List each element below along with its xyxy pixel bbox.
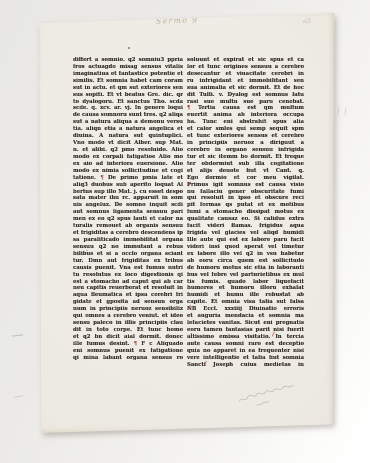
- text-line: est a stomacho ad caput qui ab car: [73, 279, 183, 286]
- text-line: altissimo emissa visitatio. In tercia: [187, 334, 304, 341]
- text-line: fros actuagdo misag sensus vitalis: [73, 64, 183, 71]
- text-line: humores et humoru illoru exhalat: [187, 285, 304, 292]
- text-line: imaginatiua et fantastice potentie et: [73, 71, 183, 78]
- text-line: ex aio ad interiora euersione. Alio: [73, 161, 183, 168]
- book-page: Sermo 9 a5 differt a somnio. q2 somniu3 …: [36, 11, 336, 435]
- text-line: sua animalia et sic dormit. Et de hoc: [187, 85, 304, 92]
- text-line: num in principiis neruoz sensibiliz: [73, 306, 183, 313]
- text-line: sata mater ihu rc. apparuit in som: [73, 195, 183, 202]
- text-line: Ego dormio et cor meu vigilat.: [187, 175, 304, 182]
- text-line: tatione. ¶ De primo pmia late et: [73, 175, 183, 182]
- text-line: sa paraliticado immobilitat organa: [73, 237, 183, 244]
- handwritten-title: Sermo 9: [156, 15, 199, 25]
- text-line: ru infrigidant et immobilitant sen: [187, 78, 304, 85]
- text-line: sus sopiti. Et vt beatus Gre. dic. qr: [73, 92, 183, 99]
- text-line: ab eoru circa quem est sollicitudo: [187, 258, 304, 265]
- text-line: tur et sic itemm bo dormit. Et freque: [187, 154, 304, 161]
- text-line: euertit anima ab interiora occupa: [187, 112, 304, 119]
- text-line: bilibus et si a occlo organa sciant: [73, 251, 183, 258]
- text-line: ba. Tunc eni abstrahit spus alia: [187, 119, 304, 126]
- text-line: dit in toto corpe. Et tunc homo: [73, 327, 183, 334]
- text-column-right: soluunt et expirat et sic spus et calor …: [187, 57, 304, 368]
- text-line: et tunc exteriores sensus et cerebro: [187, 133, 304, 140]
- text-line: modo ex corpali fatigatioe Alio mo: [73, 154, 183, 161]
- text-line: qui resoluit in ipso et obscure reci: [187, 195, 304, 202]
- text-line: sensu paleco in illis principiis clau: [73, 320, 183, 327]
- signature-mark: a5: [303, 17, 311, 25]
- text-line: videri insi quod sperat vel timetur: [187, 244, 304, 251]
- text-line: sut in actu. et qm sut exteriores sen: [73, 85, 183, 92]
- text-line: aqua fleumatica et ipsa cerebri fri: [73, 292, 183, 299]
- text-line: ex labore illo vel q2 in vsu habetur: [187, 251, 304, 258]
- text-line: aut somnus ligamenta sensuu pari: [73, 209, 183, 216]
- text-line: causis puenit. Vna est fumus nutri: [73, 265, 183, 272]
- text-line: de humoru motus sic etia in laboranti: [187, 265, 304, 272]
- text-line: turalis remouet ab organis sensuu: [73, 223, 183, 230]
- rubric-pilcrow-icon: ¶: [134, 341, 137, 347]
- text-line: desecantur et viuacitate cerebri in: [187, 71, 304, 78]
- text-line: NB Eccl. xxxiiij Diuinatio erroris: [187, 306, 304, 313]
- text-line: lor et tunc origines sensuu a cerebro: [187, 64, 304, 71]
- text-line: gidate et gposita ad sensuu orga: [73, 299, 183, 306]
- pencil-tick-marks-icon: [14, 390, 24, 397]
- text-line: differt a somnio. q2 somniu3 ppria est: [73, 57, 183, 64]
- text-line: similis. Et somnia habet cam coram: [73, 78, 183, 85]
- text-line: tis fumis. quado labor liquefacit: [187, 279, 304, 286]
- text-line: et auguria mendacia et somnia ma: [187, 313, 304, 320]
- text-line: aliq3 duobus sub aperito loquat Al: [73, 182, 183, 189]
- text-line: modo ex nimia sollicitudine et cogi: [73, 168, 183, 175]
- text-line: diuina. A natura sut quintuplici.: [73, 133, 183, 140]
- text-line: men ex eo q2 spus lauti et calor na: [73, 216, 183, 223]
- text-line: qui omnes a cerebro veniut. et ideo: [73, 313, 183, 320]
- text-line: capite. Et omnia visa talia sut falsa: [187, 299, 304, 306]
- text-line: neu capitis reuerberat et resoluit in: [73, 285, 183, 292]
- page-paper: Sermo 9 a5 differt a somnio. q2 somniu3 …: [36, 11, 336, 435]
- text-line: bus vel febre vel parturietibus ex mul: [187, 272, 304, 279]
- text-line: ille fumus desint. ¶ F c Aliquado: [73, 341, 183, 348]
- text-line: sut a natura aliqua a demonu versu: [73, 119, 183, 126]
- text-line: eni somnus puenit ex fatigatione: [73, 348, 183, 355]
- text-line: pit formas qs putat et ex motibus: [187, 202, 304, 209]
- text-line: quia no apparet in ea frequenter nisi: [187, 348, 304, 355]
- text-line: ¶ Tertia causa est qm multum: [187, 105, 304, 112]
- rubric-pilcrow-icon: ¶: [100, 175, 103, 181]
- text-line: sensuu q2 no immutant a rebus sensi: [73, 244, 183, 251]
- text-line: tur. Dmn aut frigiditas ex tribus: [73, 258, 183, 265]
- text-line: qualitate causaz eo. Si calidus extra: [187, 216, 304, 223]
- text-line: nu fallaciu gener obscuritate fumi: [187, 189, 304, 196]
- text-line: facit videri flamas. frigidus aqua: [187, 223, 304, 230]
- pencil-inscription-icon: [234, 378, 302, 416]
- text-line: aute causa somni raro est deceptio: [187, 341, 304, 348]
- ink-speck: [128, 47, 130, 49]
- brown-smudge-icon: [308, 426, 313, 429]
- text-line: rasi sue multu sue paru cenebat.: [187, 99, 304, 106]
- text-line: frigida vel glacies vel aliqd humidi: [187, 230, 304, 237]
- text-line: Vno modo vt dicit Alber. sup Mat.: [73, 140, 183, 147]
- text-line: Primus igit somnus est causa visio: [187, 182, 304, 189]
- text-line: tu resolutus ex loco digestionis qi: [73, 272, 183, 279]
- text-line: et q2 bn dicit aial dormit. donec: [73, 334, 183, 341]
- text-line: nis angeluz. De somno inquit scdi: [73, 202, 183, 209]
- text-line: tia. aliqn etia a natura angelica et: [73, 126, 183, 133]
- pencil-dash-icon: [12, 334, 23, 336]
- text-column-left: differt a somnio. q2 somniu3 ppria estfr…: [73, 57, 183, 362]
- text-line: cerebro in organo sensuu infrigida: [187, 147, 304, 154]
- text-line: eoru tamen fantasias parit nisi fuerit a…: [187, 327, 304, 334]
- text-line: ter obdormiut sub illa cogitatione: [187, 161, 304, 168]
- text-line: humidi et humu ille robustat ab: [187, 292, 304, 299]
- text-line: dit Tulli. v. Dyalog est somnus latu: [187, 92, 304, 99]
- pencil-mark-icon: [338, 107, 347, 116]
- text-line: de causa somnoru sunt tres. q2 aliqa: [73, 112, 183, 119]
- text-line: to dyalogoru. Et sanctus Tho. scda: [73, 99, 183, 106]
- text-line: lefacietes vanitas. Sicut eni pregnatis: [187, 320, 304, 327]
- rubric-pilcrow-icon: ¶: [187, 105, 190, 111]
- text-line: qi mina labant organa sensus ro: [73, 355, 183, 362]
- text-line: bertus sup illo Mat. j. cu esset despo: [73, 189, 183, 196]
- text-line: et alijs deuote fiut vt Cant. q.: [187, 168, 304, 175]
- text-line: et frigiditas a cerebro descendens ip: [73, 230, 183, 237]
- text-line: fumi a stomacho dissipat motus ex: [187, 209, 304, 216]
- text-line: n. et alibi. q2 pmo resoluido. Alio: [73, 147, 183, 154]
- text-line: Ille aute qui est ex labore paru facit: [187, 237, 304, 244]
- text-line: soluunt et expirat et sic spus et ca: [187, 57, 304, 64]
- text-line: in principiis neruoz a diriguut a: [187, 140, 304, 147]
- text-line: scde. q. xcv. ar. vj. In genere loqui: [73, 105, 183, 112]
- text-line: et calor smles qui semp sequit spm: [187, 126, 304, 133]
